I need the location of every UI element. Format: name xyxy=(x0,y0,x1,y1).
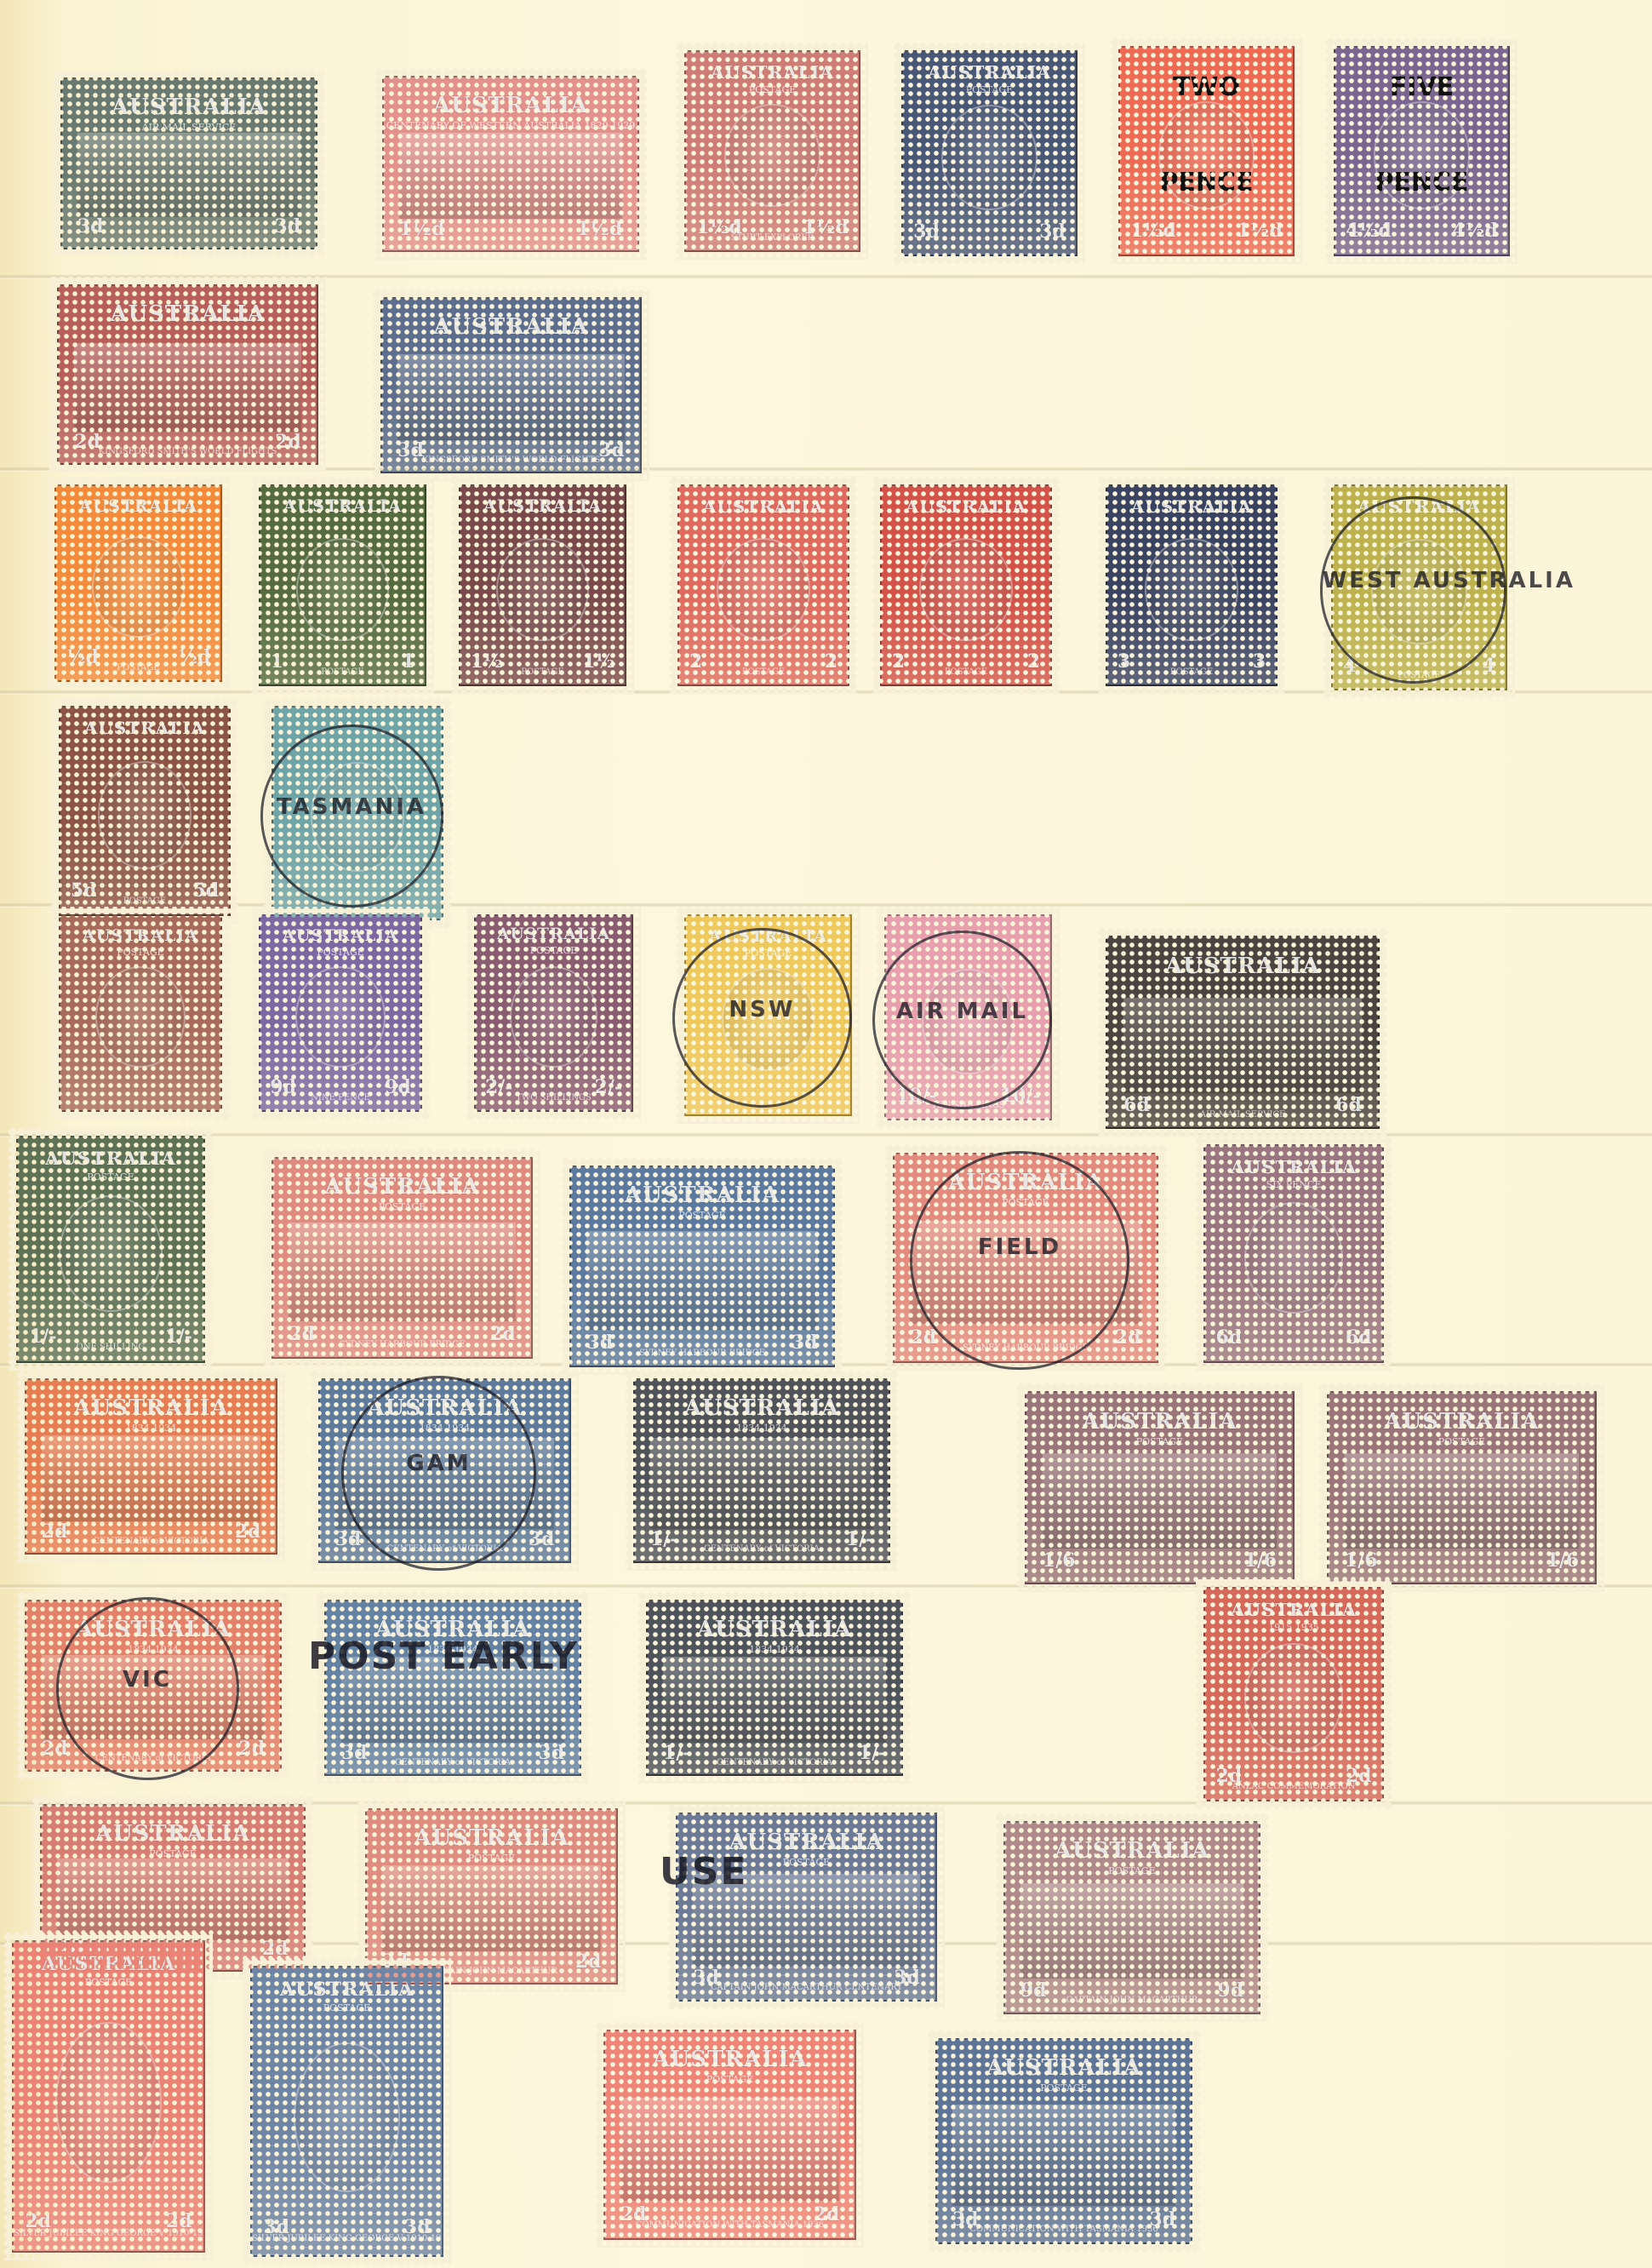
stamp-s10: AUSTRALIAPOSTAGE11 xyxy=(251,477,434,694)
stamp-face: AUSTRALIAPOSTAGESILVER JUBILEE KING GEOR… xyxy=(12,1940,205,2253)
stamp-title: AUSTRALIA xyxy=(1165,954,1320,979)
stamp-vignette xyxy=(98,761,192,868)
stamp-denomination: 2d xyxy=(275,431,301,453)
stamp-face: TWOPENCE1½d1½d xyxy=(1118,46,1295,256)
stamp-face xyxy=(272,706,443,920)
stamp-subtitle: POSTAGE xyxy=(379,1201,426,1212)
stamp-vignette xyxy=(59,1195,163,1312)
stamp-vignette xyxy=(717,538,811,641)
stamp-denomination: 2d xyxy=(489,1323,516,1345)
stamp-denomination: 1/6 xyxy=(1043,1549,1076,1572)
stamp-denomination: 9d xyxy=(1020,1979,1047,2002)
stamp-denomination: 2 xyxy=(1027,650,1040,673)
stamp-denomination: 2 xyxy=(825,650,837,673)
stamp-s03: AUSTRALIAPOSTAGESTURT EXPLORER1½d1½d xyxy=(677,43,868,260)
stamp-denomination: 4½d xyxy=(1346,220,1392,242)
stamp-title: AUSTRALIA xyxy=(1231,1156,1357,1177)
stamp-denomination: 1/- xyxy=(164,1326,191,1348)
stamp-s01: AUSTRALIAAIR MAIL SERVICE3d3d xyxy=(53,70,325,257)
stamp-subtitle: 1834 1934 xyxy=(420,1423,471,1434)
stamp-denomination: 5d xyxy=(192,879,219,902)
stamp-face: AUSTRALIAKINGSFORD SMITH'S WORLD FLIGHTS… xyxy=(380,297,642,473)
stamp-denomination: 10/- xyxy=(1000,1085,1041,1107)
stamp-caption: POSTAGE xyxy=(260,667,425,677)
stamp-subtitle: CENTENARY OF WESTERN AUSTRALIA 1829-1929 xyxy=(386,120,636,131)
stamp-denomination: 1/- xyxy=(846,1528,873,1550)
stamp-denomination: 3 xyxy=(1118,650,1130,673)
stamp-title: AUSTRALIA xyxy=(76,1617,231,1642)
stamp-title: AUSTRALIA xyxy=(324,1174,479,1200)
stamp-denomination: 1½d xyxy=(1130,220,1176,242)
stamp-title: AUSTRALIA xyxy=(280,1979,414,2001)
stamp-vignette xyxy=(42,1655,265,1739)
stamp-s07: AUSTRALIAKINGSFORD SMITH'S WORLD FLIGHTS… xyxy=(49,277,326,472)
stamp-denomination: 6d xyxy=(1346,1326,1372,1349)
stamp-subtitle: POSTAGE xyxy=(1040,2082,1087,2093)
stamp-subtitle: POSTAGE xyxy=(1002,1197,1049,1208)
stamp-vignette xyxy=(1043,1453,1277,1549)
stamp-face: AUSTRALIAPOSTAGECAPTAIN JOHN MACARTHUR C… xyxy=(676,1813,937,2002)
stamp-face: FIVEPENCE4½d4½d xyxy=(1334,46,1510,256)
stamp-denomination: 6d xyxy=(1335,1094,1362,1116)
stamp-title: AUSTRALIA xyxy=(1384,1409,1539,1435)
stamp-s20: AUSTRALIAPOSTAGETWO SHILLINGS2/-2/- xyxy=(466,907,641,1120)
stamp-face: AUSTRALIA1915 1935ANZAC COMMEMORATION2d2… xyxy=(1203,1587,1384,1801)
stamp-denomination: 3d xyxy=(894,1967,920,1989)
stamp-title: AUSTRALIA xyxy=(367,1395,522,1421)
stamp-denomination: 1 xyxy=(402,650,414,673)
stamp-vignette xyxy=(397,354,625,441)
stamp-s27: AUSTRALIAPOSTAGESYDNEY HARBOUR BRIDGE2d2… xyxy=(885,1145,1166,1371)
stamp-face: AUSTRALIAPOSTAGE1/61/6 xyxy=(1025,1391,1295,1584)
stamp-subtitle: POSTAGE xyxy=(1438,1436,1485,1447)
stamp-s19: AUSTRALIAPOSTAGENINE PENCE9d9d xyxy=(251,907,430,1120)
stamp-denomination: 2d xyxy=(42,1521,68,1543)
stamp-denomination: 3 xyxy=(1253,650,1266,673)
stamp-title: AUSTRALIA xyxy=(433,314,588,340)
stamp-s14: AUSTRALIAPOSTAGE33 xyxy=(1098,477,1285,694)
stamp-face: AUSTRALIAPOSTAGECOMMUNICATION WITH TASMA… xyxy=(603,2030,856,2240)
stamp-denomination: 1/- xyxy=(663,1742,690,1764)
stamp-denomination: 4 xyxy=(1483,655,1495,677)
stamp-denomination: 3d xyxy=(341,1742,368,1764)
stamp-title: AUSTRALIA xyxy=(1131,496,1252,517)
stamp-title: AUSTRALIA xyxy=(652,2047,807,2072)
stamp-subtitle: POSTAGE xyxy=(530,945,577,956)
stamp-s34: AUSTRALIA1834 1934CENTENARY of VICTORIA2… xyxy=(17,1592,289,1779)
stamp-denomination: 2d xyxy=(1115,1326,1141,1349)
stamp-title: AUSTRALIA xyxy=(84,718,205,738)
stamp-subtitle: POSTAGE xyxy=(966,84,1013,95)
stamp-denomination: 2d xyxy=(1346,1765,1372,1787)
stamp-denomination: 3d xyxy=(913,220,940,243)
stamp-caption: POSTAGE xyxy=(882,667,1050,677)
stamp-denomination: 2d xyxy=(74,431,100,453)
stamp-vignette xyxy=(620,2098,840,2202)
stamp-face: AUSTRALIAPOSTAGESYDNEY HARBOUR BRIDGE2d2… xyxy=(893,1153,1158,1363)
stamp-s17 xyxy=(264,698,451,928)
stamp-title: AUSTRALIA xyxy=(414,1825,569,1851)
stamp-s45: AUSTRALIAPOSTAGECOMMUNICATION WITH TASMA… xyxy=(928,2030,1200,2252)
stamp-denomination: 2/- xyxy=(485,1076,512,1098)
stamp-subtitle: POSTAGE xyxy=(317,947,363,958)
stamp-s25: AUSTRALIAPOSTAGESYDNEY HARBOUR BRIDGE2d2… xyxy=(264,1149,540,1366)
stamp-face: AUSTRALIAPOSTAGESYDNEY HARBOUR BRIDGE3d3… xyxy=(569,1165,835,1367)
stamp-face: AUSTRALIAPOSTAGE½d½d xyxy=(54,484,222,682)
stamp-denomination: 3d xyxy=(77,215,104,238)
stamp-vignette xyxy=(663,1657,886,1744)
stamp-denomination: 2d xyxy=(166,2210,192,2232)
stamp-face: AUSTRALIA1834 1934CENTENARY of VICTORIA1… xyxy=(646,1600,903,1776)
stamp-face: AUSTRALIA1834 1934CENTENARY of VICTORIA2… xyxy=(25,1378,277,1555)
stamp-title: AUSTRALIA xyxy=(110,301,265,327)
stamp-denomination: 2d xyxy=(42,1738,68,1760)
stamp-denomination: 1½ xyxy=(471,650,503,673)
stamp-title: AUSTRALIA xyxy=(283,496,402,516)
stamp-denomination: 3d xyxy=(335,1528,362,1550)
stamp-title: AUSTRALIA xyxy=(1082,1409,1237,1435)
stamp-denomination: 3d xyxy=(538,1742,564,1764)
stamp-subtitle: 1834 1934 xyxy=(128,1644,179,1655)
stamp-face: AUSTRALIAPOSTAGEONE SHILLING1/-1/- xyxy=(16,1136,205,1363)
stamp-denomination: 3d xyxy=(397,439,424,461)
stamp-vignette xyxy=(910,1221,1140,1325)
stamp-denomination: 2d xyxy=(1215,1765,1242,1787)
stamp-subtitle: POSTAGE xyxy=(749,84,796,95)
stamp-face: AUSTRALIA1834 1934CENTENARY of VICTORIA2… xyxy=(25,1600,282,1772)
stamp-face: AUSTRALIA1834 1934CENTENARY of VICTORIA3… xyxy=(318,1378,571,1563)
stamp-s05: TWOPENCE1½d1½d xyxy=(1111,38,1302,264)
stamp-s08: AUSTRALIAKINGSFORD SMITH'S WORLD FLIGHTS… xyxy=(373,289,649,481)
stamp-s13: AUSTRALIAPOSTAGE22 xyxy=(872,477,1060,694)
stamp-denomination: 1½d xyxy=(803,216,849,238)
stamp-s24: AUSTRALIAPOSTAGEONE SHILLING1/-1/- xyxy=(9,1128,213,1371)
stamp-title: AUSTRALIA xyxy=(986,2055,1141,2081)
stamp-vignette xyxy=(510,966,597,1068)
stamp-face: AUSTRALIAPOSTAGECOMMUNICATION WITH TASMA… xyxy=(935,2038,1192,2244)
stockbook-strip xyxy=(0,1132,1652,1137)
stamp-denomination: 4 xyxy=(1343,655,1356,677)
stamp-face: AUSTRALIAPOSTAGESYDNEY HARBOUR BRIDGE2d2… xyxy=(272,1157,533,1359)
stamp-title: AUSTRALIA xyxy=(729,1830,883,1855)
stamp-face: AUSTRALIAPOSTAGE1½1½ xyxy=(459,484,626,686)
stamp-denomination: 9d xyxy=(270,1076,296,1098)
stamp-denomination: 1½d xyxy=(696,216,742,238)
stamp-s21: AUSTRALIAPOSTAGE xyxy=(677,907,860,1124)
stamp-subtitle: POSTAGE xyxy=(468,1853,515,1864)
stamp-face: AUSTRALIAPOSTAGE1/61/6 xyxy=(1327,1391,1597,1584)
slogan-cancel: USE xyxy=(660,1850,747,1893)
stamp-title: AUSTRALIA xyxy=(625,1183,780,1208)
stamp-title: AUSTRALIA xyxy=(79,496,197,516)
stamp-face: AUSTRALIAPOSTAGE22 xyxy=(677,484,849,686)
stamp-s16: AUSTRALIAPOSTAGE5d5d xyxy=(51,698,238,924)
stamp-title: AUSTRALIA xyxy=(948,1170,1103,1195)
stamp-denomination: 3d xyxy=(598,439,625,461)
stamp-title: AUSTRALIA xyxy=(95,1821,250,1847)
stamp-vignette xyxy=(382,1865,602,1952)
stamp-caption: POSTAGE xyxy=(1333,671,1506,680)
stamp-denomination: 2d xyxy=(289,1323,315,1345)
stamp-face: AUSTRALIAPOSTAGE5d5d xyxy=(59,706,231,916)
stamp-title: AUSTRALIA xyxy=(283,925,398,945)
stamp-denomination: 2 xyxy=(892,650,905,673)
stamp-caption: POSTAGE xyxy=(1107,667,1276,677)
stamp-s36: AUSTRALIA1834 1934CENTENARY of VICTORIA1… xyxy=(638,1592,911,1784)
stamp-denomination: 2d xyxy=(238,1738,265,1760)
stamp-denomination: 3d xyxy=(1149,2208,1175,2231)
stamp-vignette xyxy=(722,968,814,1071)
stamp-vignette xyxy=(335,1438,555,1529)
stamp-vignette xyxy=(919,538,1014,641)
stamp-face: AUSTRALIAPOSTAGE3d3d xyxy=(901,50,1078,256)
stamp-title: AUSTRALIA xyxy=(1231,1599,1357,1620)
stamp-s44: AUSTRALIAPOSTAGECOMMUNICATION WITH TASMA… xyxy=(596,2022,864,2248)
stamp-vignette xyxy=(952,2105,1175,2206)
stamp-vignette xyxy=(650,1438,873,1529)
stamp-face: AUSTRALIAPOSTAGETWO SHILLINGS2/-2/- xyxy=(474,914,633,1112)
stamp-denomination: 1/6 xyxy=(1345,1549,1378,1572)
stamp-title: AUSTRALIA xyxy=(1055,1838,1209,1864)
stamp-subtitle: POSTAGE xyxy=(745,948,792,959)
stamp-title: AUSTRALIA xyxy=(928,62,1051,83)
stamp-title: AUSTRALIA xyxy=(906,496,1026,517)
stamp-title: AUSTRALIA xyxy=(42,1953,175,1975)
stamp-title: AUSTRALIA xyxy=(711,62,834,83)
stamp-denomination: 2 xyxy=(689,650,702,673)
stamp-denomination: 3d xyxy=(792,1332,818,1354)
stamp-title: AUSTRALIA xyxy=(45,1148,176,1170)
stamp-denomination: 3d xyxy=(1039,220,1066,243)
stamp-s29: AUSTRALIA1834 1934CENTENARY of VICTORIA2… xyxy=(17,1371,285,1562)
stamp-denomination: 1/6 xyxy=(1244,1549,1278,1572)
stamp-denomination: 1/- xyxy=(859,1742,886,1764)
stamp-subtitle: 1834 1934 xyxy=(126,1423,177,1434)
stamp-title: AUSTRALIA xyxy=(703,496,824,517)
stamp-denomination: 3d xyxy=(586,1332,613,1354)
stamp-denomination: 1/- xyxy=(29,1326,56,1348)
stamp-denomination: 6d xyxy=(1123,1094,1150,1116)
stamp-face: AUSTRALIAPOSTAGE22 xyxy=(880,484,1052,686)
stamp-subtitle: POSTAGE xyxy=(783,1857,830,1868)
stamp-s41: AUSTRALIAPOSTAGECAPTAIN JOHN MACARTHUR9d… xyxy=(996,1813,1268,2022)
stamp-s42: AUSTRALIAPOSTAGESILVER JUBILEE KING GEOR… xyxy=(4,1933,213,2260)
stamp-vignette xyxy=(1123,998,1362,1093)
stamp-s37: AUSTRALIA1915 1935ANZAC COMMEMORATION2d2… xyxy=(1196,1579,1392,1809)
stamp-vignette xyxy=(724,104,821,207)
stamp-vignette xyxy=(496,538,588,641)
stamp-denomination: 3d xyxy=(263,2216,289,2238)
stamp-s23: AUSTRALIAAIR MAIL SERVICE6d6d xyxy=(1098,928,1387,1137)
stamp-s11: AUSTRALIAPOSTAGE1½1½ xyxy=(451,477,634,694)
stamp-vignette xyxy=(941,105,1038,210)
stamp-denomination: 2d xyxy=(575,1950,602,1973)
stamp-title: AUSTRALIA xyxy=(697,1617,852,1642)
stamp-subtitle: 1834 1934 xyxy=(749,1644,800,1655)
stamp-face: TEN SHILLINGS10/-10/- xyxy=(884,914,1052,1120)
stamp-title: AUSTRALIA xyxy=(497,925,610,943)
stamp-denomination: 1 xyxy=(271,650,283,673)
stamp-subtitle: 1834 1934 xyxy=(736,1423,787,1434)
stamp-overprint: PENCE xyxy=(1120,168,1293,198)
stamp-denomination: 2d xyxy=(910,1326,936,1349)
stamp-title: AUSTRALIA xyxy=(111,94,266,120)
stamp-denomination: 1½d xyxy=(399,218,445,240)
stamp-vignette xyxy=(295,966,385,1068)
stamp-subtitle: POSTAGE xyxy=(706,2074,753,2085)
stamp-face: AUSTRALIAPOSTAGE33 xyxy=(1106,484,1278,686)
stamp-subtitle: SIX PENCE xyxy=(1266,1179,1322,1190)
stamp-s40: AUSTRALIAPOSTAGECAPTAIN JOHN MACARTHUR C… xyxy=(668,1805,945,2009)
stamp-subtitle: POSTAGE xyxy=(85,1977,132,1988)
stamp-vignette xyxy=(294,2042,400,2192)
stamp-denomination: 2d xyxy=(620,2203,647,2225)
stamp-vignette xyxy=(57,1858,288,1941)
stamp-face: AUSTRALIACENTENARY OF WESTERN AUSTRALIA … xyxy=(382,76,639,252)
stamp-vignette xyxy=(1244,1202,1344,1314)
stamp-title: AUSTRALIA xyxy=(483,496,602,516)
stamp-denomination: 2d xyxy=(235,1521,261,1543)
stamp-face: AUSTRALIAPOSTAGE44 xyxy=(1331,484,1507,690)
stamp-s28: AUSTRALIASIX PENCE6d6d xyxy=(1196,1137,1392,1371)
stamp-vignette xyxy=(586,1231,817,1331)
stamp-denomination: 9d xyxy=(1217,1979,1243,2002)
stamp-subtitle: POSTAGE xyxy=(1108,1865,1155,1876)
stamp-denomination: 9d xyxy=(385,1076,411,1098)
stamp-overprint: TWO xyxy=(1120,72,1293,102)
stamp-denomination: 1½d xyxy=(1237,220,1283,242)
stamp-title: AUSTRALIA xyxy=(684,1395,839,1421)
stamp-s06: FIVEPENCE4½d4½d xyxy=(1326,38,1518,264)
stamp-s22: TEN SHILLINGS10/-10/- xyxy=(877,907,1060,1128)
stamp-vignette xyxy=(1244,1643,1344,1753)
stamp-face: AUSTRALIAAIR MAIL SERVICE6d6d xyxy=(1106,936,1380,1129)
stamp-caption: POSTAGE xyxy=(679,667,848,677)
stamp-denomination: 3d xyxy=(693,1967,719,1989)
stamp-subtitle: POSTAGE xyxy=(678,1210,725,1221)
stamp-face: AUSTRALIAPOSTAGE xyxy=(59,914,222,1112)
stamp-subtitle: 1915 1935 xyxy=(1268,1622,1319,1633)
stamp-vignette xyxy=(1345,1453,1579,1549)
stamp-face: AUSTRALIAPOSTAGESTURT EXPLORER1½d1½d xyxy=(684,50,860,252)
stamp-face: AUSTRALIAPOSTAGENINE PENCE9d9d xyxy=(259,914,422,1112)
stamp-vignette xyxy=(55,2022,162,2183)
stamp-subtitle: AIR MAIL SERVICE xyxy=(142,122,237,133)
stamp-denomination: 1/- xyxy=(650,1528,677,1550)
stamp-s18: AUSTRALIAPOSTAGE xyxy=(51,907,230,1120)
stamp-vignette xyxy=(95,966,185,1068)
stamp-s30: AUSTRALIA1834 1934CENTENARY of VICTORIA3… xyxy=(311,1371,579,1571)
stamp-face: AUSTRALIASIX PENCE6d6d xyxy=(1203,1144,1384,1363)
stamp-denomination: 2d xyxy=(814,2203,840,2225)
stamp-s15: AUSTRALIAPOSTAGE44 xyxy=(1323,477,1515,698)
stamp-face: AUSTRALIA1834 1934CENTENARY of VICTORIA3… xyxy=(324,1600,581,1776)
stamp-s32: AUSTRALIAPOSTAGE1/61/6 xyxy=(1017,1383,1302,1592)
stamp-vignette xyxy=(1371,539,1468,644)
stamp-s02: AUSTRALIACENTENARY OF WESTERN AUSTRALIA … xyxy=(374,68,647,260)
stamp-face: AUSTRALIAPOSTAGE11 xyxy=(259,484,426,686)
stamp-denomination: 2d xyxy=(262,1938,289,1960)
stamp-face: AUSTRALIA1834 1934CENTENARY of VICTORIA1… xyxy=(633,1378,890,1563)
stamp-title: AUSTRALIA xyxy=(83,925,198,945)
stamp-denomination: 3d xyxy=(274,215,300,238)
stamp-vignette xyxy=(1020,1883,1243,1979)
stamp-denomination: ½d xyxy=(66,646,99,668)
stamp-vignette xyxy=(77,133,300,217)
stamp-s26: AUSTRALIAPOSTAGESYDNEY HARBOUR BRIDGE3d3… xyxy=(562,1158,843,1375)
stamp-s33: AUSTRALIAPOSTAGE1/61/6 xyxy=(1319,1383,1604,1592)
stamp-denomination: 1/6 xyxy=(1546,1549,1580,1572)
stamp-vignette xyxy=(74,343,301,432)
stamp-denomination: 3d xyxy=(404,2216,431,2238)
stamp-vignette xyxy=(1145,538,1239,641)
stamp-s35: AUSTRALIA1834 1934CENTENARY of VICTORIA3… xyxy=(317,1592,589,1784)
stamp-s04: AUSTRALIAPOSTAGE3d3d xyxy=(894,43,1085,264)
stamp-vignette xyxy=(289,1223,516,1322)
stamp-denomination: 5d xyxy=(71,879,97,902)
stamp-denomination: 3d xyxy=(952,2208,979,2231)
stamp-denomination: 4½d xyxy=(1452,220,1498,242)
stamp-title: AUSTRALIA xyxy=(709,926,827,946)
stamp-s31: AUSTRALIA1834 1934CENTENARY of VICTORIA1… xyxy=(626,1371,898,1571)
stamp-vignette xyxy=(92,536,184,638)
stamp-overprint: PENCE xyxy=(1335,168,1508,198)
stamp-denomination: 10/- xyxy=(896,1085,937,1107)
stamp-face: AUSTRALIAKINGSFORD SMITH'S WORLD FLIGHTS… xyxy=(57,284,318,465)
stamp-s43: AUSTRALIAPOSTAGESILVER JUBILEE KING GEOR… xyxy=(243,1958,451,2265)
stamp-vignette xyxy=(922,969,1014,1074)
stamp-overprint: FIVE xyxy=(1335,72,1508,102)
stamp-face: AUSTRALIAPOSTAGECAPTAIN JOHN MACARTHUR9d… xyxy=(1003,1821,1260,2014)
stamp-vignette xyxy=(42,1435,261,1522)
stamp-denomination: 3d xyxy=(529,1528,555,1550)
stamp-subtitle: POSTAGE xyxy=(117,947,163,958)
stamp-vignette xyxy=(296,538,388,641)
stamp-subtitle: POSTAGE xyxy=(87,1171,134,1183)
stamp-subtitle: POSTAGE xyxy=(1136,1436,1183,1447)
stamp-face: AUSTRALIAPOSTAGESILVER JUBILEE KING GEOR… xyxy=(250,1966,443,2257)
stamp-denomination: 6d xyxy=(1215,1326,1242,1349)
stamp-s09: AUSTRALIAPOSTAGE½d½d xyxy=(47,477,230,690)
stamp-subtitle: POSTAGE xyxy=(323,2002,370,2013)
stamp-vignette xyxy=(311,762,405,872)
stamp-vignette xyxy=(399,133,622,220)
stamp-denomination: 2d xyxy=(25,2210,51,2232)
stamp-denomination: 2/- xyxy=(595,1076,622,1098)
stamp-face: AUSTRALIAPOSTAGE xyxy=(684,914,852,1116)
stamp-title: AUSTRALIA xyxy=(1358,496,1481,517)
slogan-cancel: POST EARLY xyxy=(308,1635,579,1678)
stamp-title: AUSTRALIA xyxy=(433,93,588,118)
stamp-denomination: 1½d xyxy=(576,218,622,240)
stamp-denomination: ½d xyxy=(178,646,210,668)
stamp-s12: AUSTRALIAPOSTAGE22 xyxy=(670,477,857,694)
stamp-denomination: 1½ xyxy=(582,650,614,673)
stamp-face: AUSTRALIAAIR MAIL SERVICE3d3d xyxy=(60,77,317,249)
stamp-title: AUSTRALIA xyxy=(73,1395,228,1421)
